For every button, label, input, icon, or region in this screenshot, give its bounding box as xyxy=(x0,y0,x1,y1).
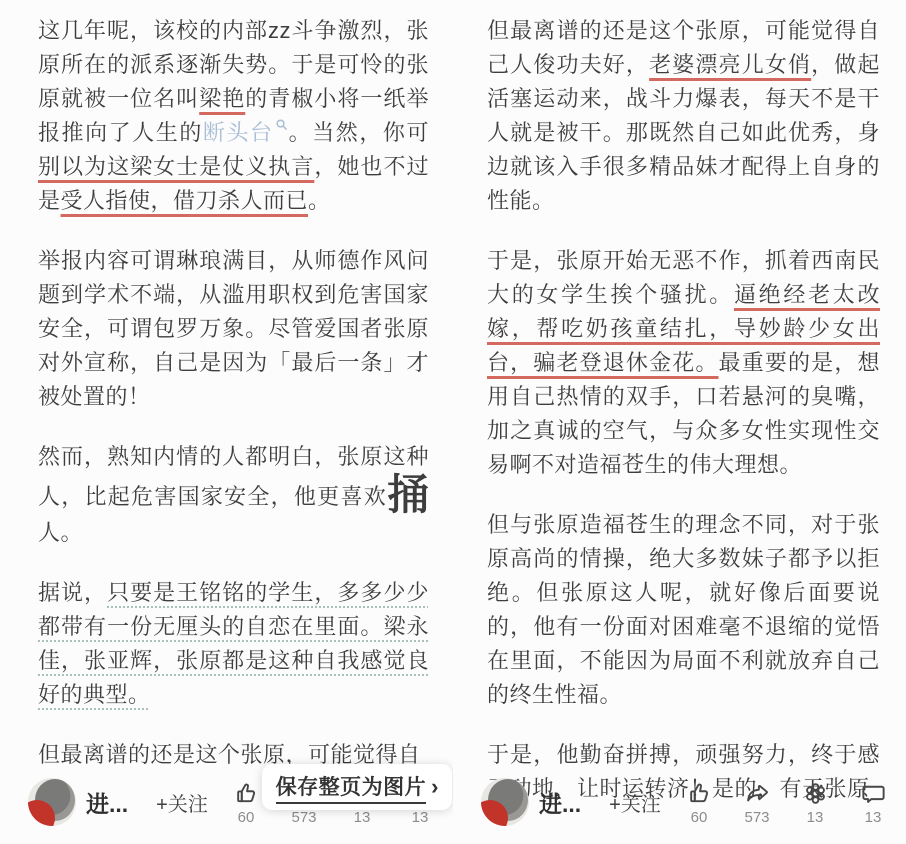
share-count: 573 xyxy=(744,810,769,825)
follow-button[interactable]: +关注 xyxy=(156,788,208,817)
action-bar: 60 573 13 13 xyxy=(682,780,890,825)
paragraph: 举报内容可谓琳琅满目，从师德作风问题到学术不端，从滥用职权到危害国家安全，可谓包… xyxy=(38,244,429,414)
red-underlined-text: 梁艳 xyxy=(199,86,245,111)
post-text-right: 但最离谱的还是这个张原，可能觉得自己人俊功夫好，老婆漂亮儿女俏，做起活塞运动来，… xyxy=(453,0,906,806)
share-arrow-icon[interactable] xyxy=(744,780,771,807)
post-text-left: 这几年呢，该校的内部zz斗争激烈，张原所在的派系逐渐失势。于是可怜的张原就被一位… xyxy=(0,0,453,772)
flower-badge-icon[interactable] xyxy=(802,780,829,807)
thumbs-up-icon[interactable] xyxy=(686,780,713,807)
share-count: 573 xyxy=(291,810,316,825)
save-page-as-image-label: 保存整页为图片 xyxy=(276,771,427,804)
comment-bubble-icon[interactable] xyxy=(860,780,887,807)
keyword-search-link[interactable]: 断头台 xyxy=(203,120,288,145)
paragraph: 但与张原造福苍生的理念不同，对于张原高尚的情操，绝大多数妹子都予以拒绝。但张原这… xyxy=(487,508,880,712)
action-share[interactable]: 573 xyxy=(740,780,774,825)
body-text: 然而，熟知内情的人都明白，张原这种人，比起危害国家安全，他更喜欢 xyxy=(38,444,429,509)
body-text: 人。 xyxy=(38,520,83,545)
emphasized-big-char: 捅 xyxy=(387,471,429,518)
user-avatar[interactable] xyxy=(481,778,529,826)
thumbs-up-icon[interactable] xyxy=(233,780,260,807)
username: 进... xyxy=(539,786,581,819)
paragraph: 但最离谱的还是这个张原，可能觉得自己人俊功夫好，老婆漂亮儿女俏，做起活塞运动来，… xyxy=(487,14,880,218)
paragraph: 这几年呢，该校的内部zz斗争激烈，张原所在的派系逐渐失势。于是可怜的张原就被一位… xyxy=(38,14,429,218)
action-comment[interactable]: 13 xyxy=(856,780,890,825)
search-icon xyxy=(275,118,288,131)
body-text: 。当然，你可 xyxy=(288,120,429,145)
username: 进... xyxy=(86,786,128,819)
save-page-as-image-button[interactable]: 保存整页为图片 › xyxy=(262,764,452,810)
left-screenshot-column: 这几年呢，该校的内部zz斗争激烈，张原所在的派系逐渐失势。于是可怜的张原就被一位… xyxy=(0,0,453,844)
red-underlined-text: 受人指使，借刀杀人而已 xyxy=(61,188,309,213)
right-screenshot-column: 但最离谱的还是这个张原，可能觉得自己人俊功夫好，老婆漂亮儿女俏，做起活塞运动来，… xyxy=(453,0,906,844)
action-like[interactable]: 60 xyxy=(229,780,263,825)
author-bar-right: 进... +关注 60 573 13 13 xyxy=(453,770,906,844)
body-text: 举报内容可谓琳琅满目，从师德作风问题到学术不端，从滥用职权到危害国家安全，可谓包… xyxy=(38,248,429,409)
follow-button[interactable]: +关注 xyxy=(609,788,661,817)
paragraph: 据说，只要是王铭铭的学生，多多少少都带有一份无厘头的自恋在里面。梁永佳，张亚辉，… xyxy=(38,576,429,712)
comment-count: 13 xyxy=(412,810,429,825)
action-reward[interactable]: 13 xyxy=(798,780,832,825)
stitched-post-screenshot: 这几年呢，该校的内部zz斗争激烈，张原所在的派系逐渐失势。于是可怜的张原就被一位… xyxy=(0,0,906,844)
reward-count: 13 xyxy=(354,810,371,825)
keyword-text: 断头台 xyxy=(203,120,274,145)
paragraph: 然而，熟知内情的人都明白，张原这种人，比起危害国家安全，他更喜欢捅人。 xyxy=(38,440,429,550)
red-underlined-text: 老婆漂亮儿女俏 xyxy=(649,52,811,77)
user-avatar[interactable] xyxy=(28,778,76,826)
red-underlined-text: 别以为这梁女士是仗义执言 xyxy=(38,154,314,179)
chevron-right-icon: › xyxy=(431,774,438,800)
paragraph: 于是，张原开始无恶不作，抓着西南民大的女学生挨个骚扰。逼绝经老太改嫁，帮吃奶孩童… xyxy=(487,244,880,482)
action-like[interactable]: 60 xyxy=(682,780,716,825)
like-count: 60 xyxy=(238,810,255,825)
like-count: 60 xyxy=(691,810,708,825)
body-text: 据说， xyxy=(38,580,107,605)
body-text: 但与张原造福苍生的理念不同，对于张原高尚的情操，绝大多数妹子都予以拒绝。但张原这… xyxy=(487,512,880,707)
comment-count: 13 xyxy=(865,810,882,825)
reward-count: 13 xyxy=(807,810,824,825)
body-text: 。 xyxy=(308,188,331,213)
